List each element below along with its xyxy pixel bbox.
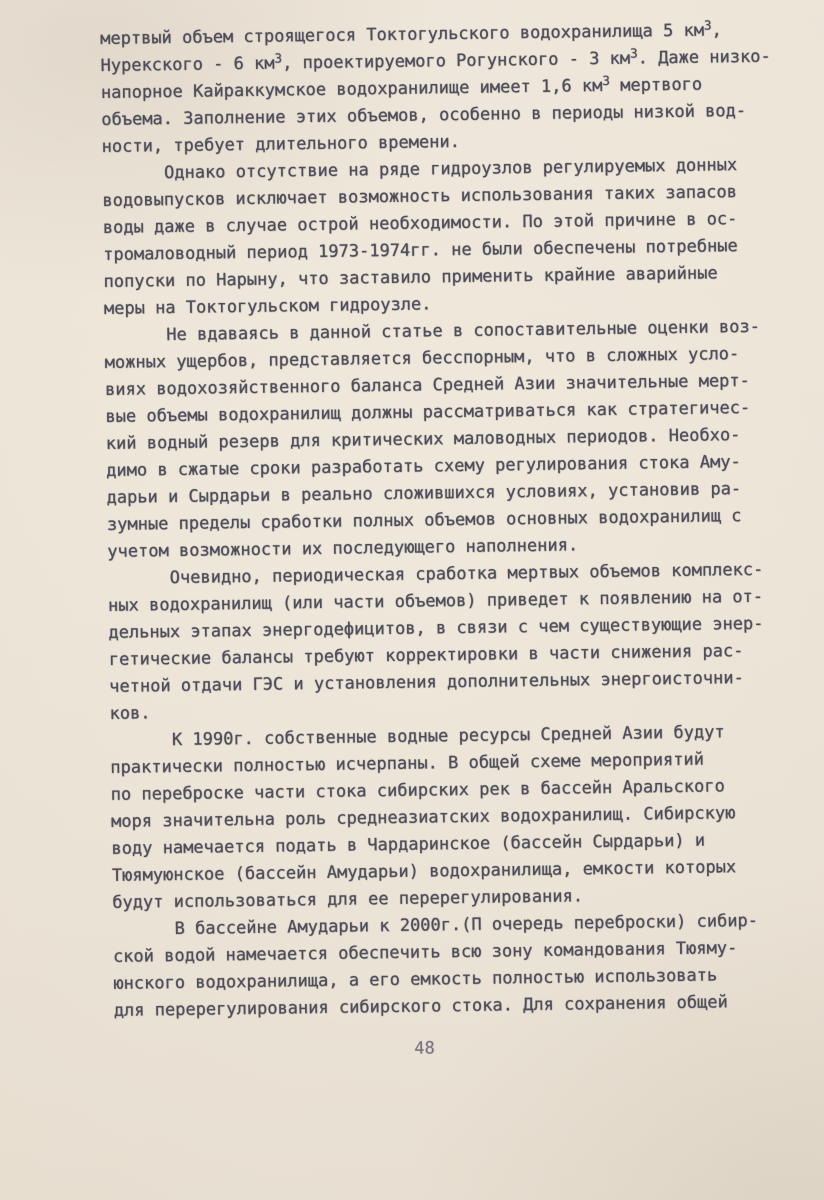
paragraph: Очевидно, периодическая сработка мертвых… bbox=[108, 556, 810, 728]
scanned-page: мертвый объем строящегося Токтогульского… bbox=[0, 0, 824, 1200]
document-text: мертвый объем строящегося Токтогульского… bbox=[100, 16, 814, 1025]
paragraph: Не вдаваясь в данной статье в сопоставит… bbox=[104, 313, 807, 566]
typewritten-area: мертвый объем строящегося Токтогульского… bbox=[100, 16, 814, 1025]
paragraph: Однако отсутствие на ряде гидроузлов рег… bbox=[102, 151, 804, 323]
paragraph: мертвый объем строящегося Токтогульского… bbox=[100, 16, 802, 161]
page-number: 48 bbox=[414, 1035, 435, 1062]
paragraph: В бассейне Амударьи к 2000г.(П очередь п… bbox=[112, 907, 813, 1025]
paragraph: К 1990г. собственные водные ресурсы Сред… bbox=[110, 718, 813, 917]
